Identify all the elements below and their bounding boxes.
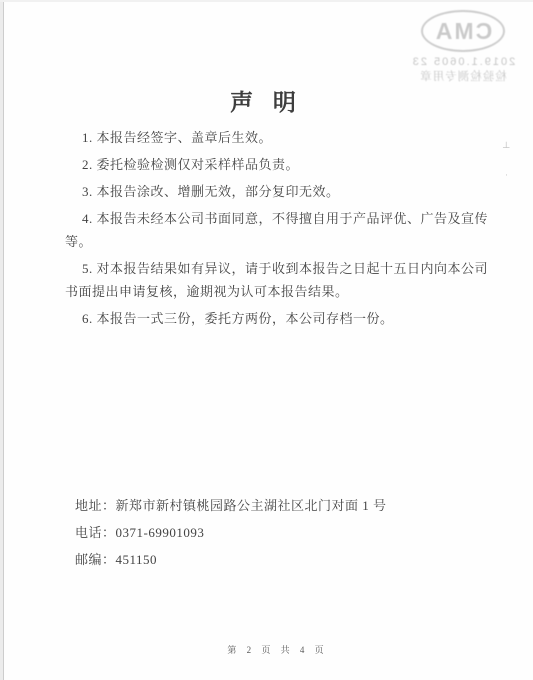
contact-postcode-line: 邮编：451150 (75, 546, 387, 573)
address-value: 新郑市新村镇桃园路公主湖社区北门对面 1 号 (116, 498, 387, 513)
scan-artifact-speck: · (505, 170, 508, 180)
postcode-label: 邮编： (75, 552, 116, 567)
statement-item-5: 5. 对本报告结果如有异议，请于收到本报告之日起十五日内向本公司书面提出申请复核… (65, 257, 489, 303)
statements-list: 1. 本报告经签字、盖章后生效。 2. 委托检验检测仅对采样样品负责。 3. 本… (65, 126, 489, 334)
page-footer: 第 2 页 共 4 页 (0, 643, 533, 656)
statement-item-4: 4. 本报告未经本公司书面同意，不得擅自用于产品评优、广告及宣传等。 (65, 207, 489, 253)
statement-item-2: 2. 委托检验检测仅对采样样品负责。 (65, 153, 489, 176)
phone-value: 0371-69901093 (116, 525, 205, 540)
phone-label: 电话： (75, 525, 116, 540)
stamp-caption-text: 检验检测专用章 (402, 68, 524, 84)
scan-artifact-speck: ⊥ (502, 140, 510, 151)
address-label: 地址： (75, 498, 116, 513)
page-indicator: 第 2 页 共 4 页 (227, 645, 327, 655)
cma-stamp-bleedthrough: CMA 2019.1.0605 23 检验检测专用章 (402, 10, 524, 84)
postcode-value: 451150 (116, 552, 158, 567)
contact-address-line: 地址：新郑市新村镇桃园路公主湖社区北门对面 1 号 (75, 492, 387, 519)
contact-phone-line: 电话：0371-69901093 (75, 519, 387, 546)
stamp-oval-letters: CMA (434, 18, 492, 45)
scan-edge-top (0, 0, 533, 2)
report-declaration-page: CMA 2019.1.0605 23 检验检测专用章 声 明 1. 本报告经签字… (0, 0, 533, 680)
statement-item-1: 1. 本报告经签字、盖章后生效。 (65, 126, 489, 149)
statement-item-3: 3. 本报告涂改、增删无效，部分复印无效。 (65, 180, 489, 203)
cma-oval-stamp-icon: CMA (421, 10, 505, 52)
statement-item-6: 6. 本报告一式三份，委托方两份，本公司存档一份。 (65, 307, 489, 330)
page-title: 声 明 (0, 84, 533, 117)
stamp-certificate-number: 2019.1.0605 23 (402, 56, 524, 68)
contact-block: 地址：新郑市新村镇桃园路公主湖社区北门对面 1 号 电话：0371-699010… (75, 492, 387, 573)
